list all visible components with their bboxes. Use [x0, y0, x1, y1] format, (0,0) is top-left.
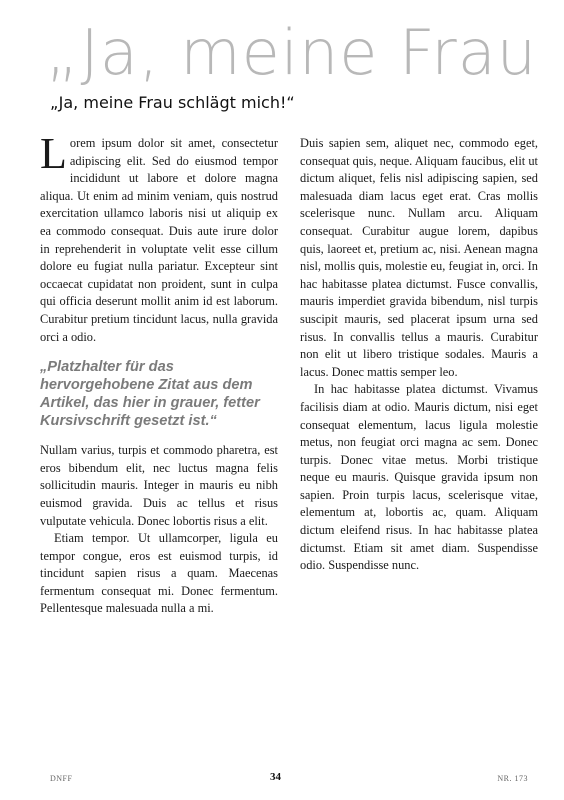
article-body: Lorem ipsum dolor sit amet, consectetur …: [40, 135, 538, 755]
pull-quote: „Platzhalter für das hervorgehobene Zita…: [40, 358, 278, 430]
magazine-name: DNFF: [50, 774, 72, 783]
page-footer: DNFF 34 NR. 173: [0, 771, 564, 787]
page-number: 34: [270, 771, 281, 783]
headline-large: „Ja, meine Frau: [46, 22, 537, 84]
paragraph: In hac habitasse platea dictumst. Vivamu…: [300, 381, 538, 575]
paragraph: Nullam varius, turpis et commodo pharetr…: [40, 442, 278, 530]
issue-number: NR. 173: [497, 774, 528, 783]
paragraph: Lorem ipsum dolor sit amet, consectetur …: [40, 135, 278, 346]
column-left: Lorem ipsum dolor sit amet, consectetur …: [40, 135, 278, 755]
paragraph: Duis sapien sem, aliquet nec, commodo eg…: [300, 135, 538, 381]
article-subtitle: „Ja, meine Frau schlägt mich!“: [50, 93, 295, 112]
column-right: Duis sapien sem, aliquet nec, commodo eg…: [300, 135, 538, 755]
paragraph: Etiam tempor. Ut ullamcorper, ligula eu …: [40, 530, 278, 618]
drop-cap: L: [40, 137, 67, 171]
